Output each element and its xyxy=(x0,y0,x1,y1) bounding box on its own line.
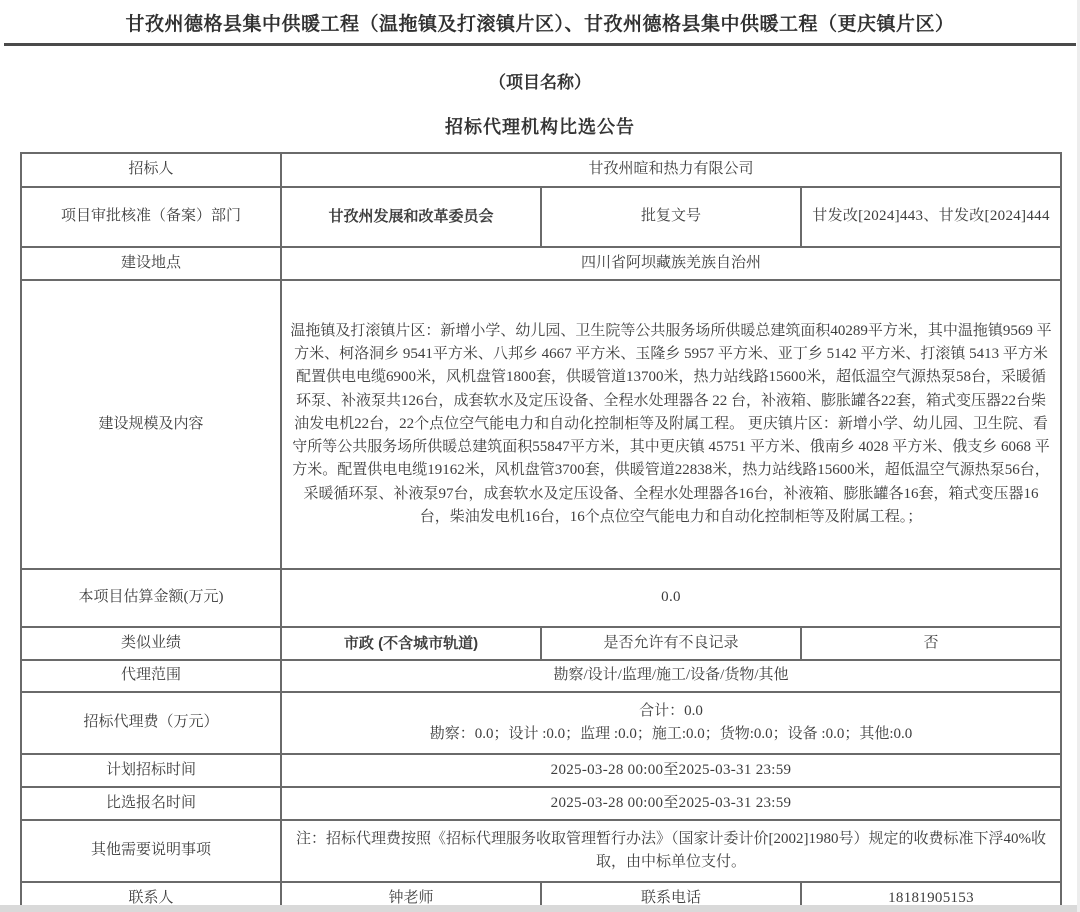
performance-label: 类似业绩 xyxy=(21,627,281,660)
row-performance: 类似业绩 市政 (不含城市轨道) 是否允许有不良记录 否 xyxy=(21,627,1061,660)
document-title: 甘孜州德格县集中供暖工程（温拖镇及打滚镇片区）、甘孜州德格县集中供暖工程（更庆镇… xyxy=(4,0,1076,46)
row-plan-time: 计划招标时间 2025-03-28 00:00至2025-03-31 23:59 xyxy=(21,754,1061,787)
page-bottom-edge xyxy=(0,905,1080,912)
agency-fee-breakdown: 勘察：0.0；设计 :0.0；监理 :0.0；施工:0.0；货物:0.0；设备 … xyxy=(290,723,1052,746)
approval-dept-label: 项目审批核准（备案）部门 xyxy=(21,187,281,247)
approval-doc-label: 批复文号 xyxy=(541,187,801,247)
signup-time-value: 2025-03-28 00:00至2025-03-31 23:59 xyxy=(281,787,1061,820)
agency-scope-label: 代理范围 xyxy=(21,660,281,692)
plan-time-label: 计划招标时间 xyxy=(21,754,281,787)
scale-label: 建设规模及内容 xyxy=(21,280,281,569)
bidder-value: 甘孜州暄和热力有限公司 xyxy=(281,153,1061,187)
row-approval: 项目审批核准（备案）部门 甘孜州发展和改革委员会 批复文号 甘发改[2024]4… xyxy=(21,187,1061,247)
bidder-label: 招标人 xyxy=(21,153,281,187)
row-agency-fee: 招标代理费（万元） 合计：0.0 勘察：0.0；设计 :0.0；监理 :0.0；… xyxy=(21,692,1061,754)
approval-doc-value: 甘发改[2024]443、甘发改[2024]444 xyxy=(801,187,1061,247)
signup-time-label: 比选报名时间 xyxy=(21,787,281,820)
announcement-heading: 招标代理机构比选公告 xyxy=(0,113,1080,139)
estimate-label: 本项目估算金额(万元) xyxy=(21,569,281,627)
location-value: 四川省阿坝藏族羌族自治州 xyxy=(281,247,1061,280)
notice-document: 甘孜州德格县集中供暖工程（温拖镇及打滚镇片区）、甘孜州德格县集中供暖工程（更庆镇… xyxy=(0,0,1080,912)
row-scale: 建设规模及内容 温拖镇及打滚镇片区：新增小学、幼儿园、卫生院等公共服务场所供暖总… xyxy=(21,280,1061,569)
row-bidder: 招标人 甘孜州暄和热力有限公司 xyxy=(21,153,1061,187)
notice-table: 招标人 甘孜州暄和热力有限公司 项目审批核准（备案）部门 甘孜州发展和改革委员会… xyxy=(20,152,1062,912)
estimate-value: 0.0 xyxy=(281,569,1061,627)
agency-fee-label: 招标代理费（万元） xyxy=(21,692,281,754)
performance-value: 市政 (不含城市轨道) xyxy=(281,627,541,660)
scale-value: 温拖镇及打滚镇片区：新增小学、幼儿园、卫生院等公共服务场所供暖总建筑面积4028… xyxy=(281,280,1061,569)
row-location: 建设地点 四川省阿坝藏族羌族自治州 xyxy=(21,247,1061,280)
row-notes: 其他需要说明事项 注：招标代理费按照《招标代理服务收取管理暂行办法》（国家计委计… xyxy=(21,820,1061,882)
agency-fee-value: 合计：0.0 勘察：0.0；设计 :0.0；监理 :0.0；施工:0.0；货物:… xyxy=(281,692,1061,754)
notes-label: 其他需要说明事项 xyxy=(21,820,281,882)
bad-record-label: 是否允许有不良记录 xyxy=(541,627,801,660)
plan-time-value: 2025-03-28 00:00至2025-03-31 23:59 xyxy=(281,754,1061,787)
bad-record-value: 否 xyxy=(801,627,1061,660)
agency-fee-total: 合计：0.0 xyxy=(290,700,1052,723)
location-label: 建设地点 xyxy=(21,247,281,280)
row-signup-time: 比选报名时间 2025-03-28 00:00至2025-03-31 23:59 xyxy=(21,787,1061,820)
project-name-placeholder: （项目名称） xyxy=(0,68,1080,93)
notes-value: 注：招标代理费按照《招标代理服务收取管理暂行办法》（国家计委计价[2002]19… xyxy=(281,820,1061,882)
row-estimate: 本项目估算金额(万元) 0.0 xyxy=(21,569,1061,627)
row-agency-scope: 代理范围 勘察/设计/监理/施工/设备/货物/其他 xyxy=(21,660,1061,692)
approval-dept-value: 甘孜州发展和改革委员会 xyxy=(281,187,541,247)
agency-scope-value: 勘察/设计/监理/施工/设备/货物/其他 xyxy=(281,660,1061,692)
